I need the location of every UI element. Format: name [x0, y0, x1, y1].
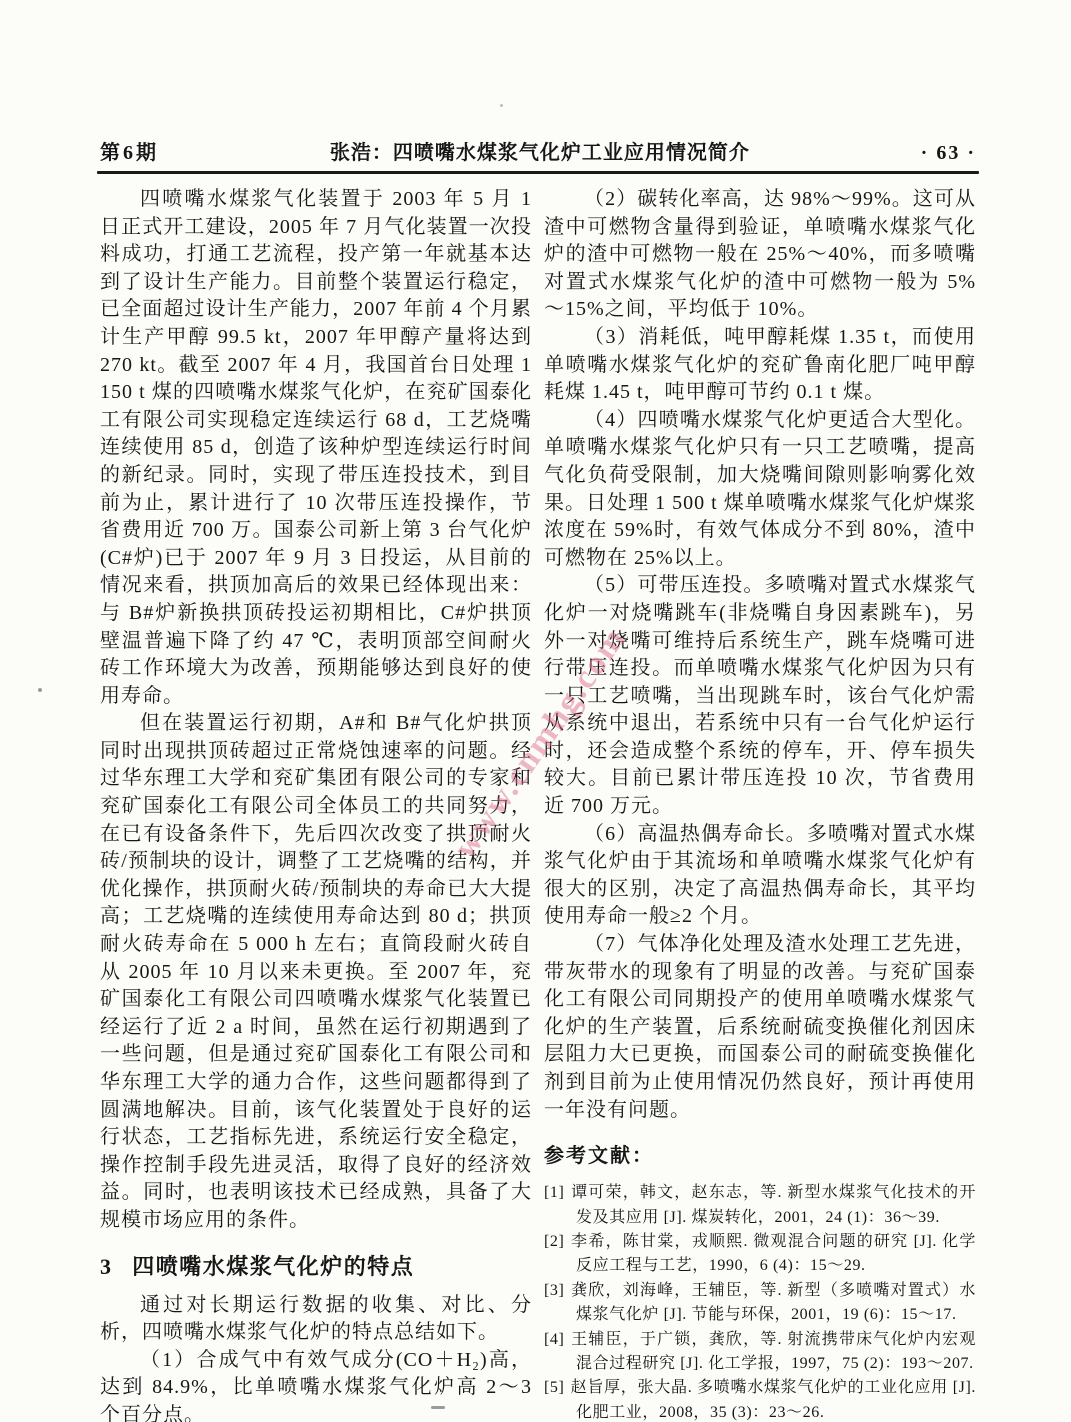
reference-text: 谭可荣，韩文，赵东志，等. 新型水煤浆气化技术的开发及其应用 [J]. 煤炭转化… [570, 1184, 976, 1225]
running-title: 张浩：四喷嘴水煤浆气化炉工业应用情况简介 [330, 136, 750, 165]
reference-text: 赵旨厚，张大晶. 多喷嘴水煤浆气化炉的工业化应用 [J]. 化肥工业，2008，… [570, 1379, 976, 1420]
left-column: 四喷嘴水煤浆气化装置于 2003 年 5 月 1 日正式开工建设，2005 年 … [100, 186, 532, 1422]
scan-artifact [500, 104, 503, 107]
reference-text: 王辅臣，于广锁，龚欣，等. 射流携带床气化炉内宏观混合过程研究 [J]. 化工学… [570, 1331, 976, 1372]
paragraph: 四喷嘴水煤浆气化装置于 2003 年 5 月 1 日正式开工建设，2005 年 … [100, 186, 532, 710]
reference-text: 李希，陈甘棠，戎顺熙. 微观混合问题的研究 [J]. 化学反应工程与工艺，199… [570, 1233, 976, 1274]
paragraph: 但在装置运行初期，A#和 B#气化炉拱顶同时出现拱顶砖超过正常烧蚀速率的问题。经… [100, 710, 532, 1234]
journal-page: 第6期 张浩：四喷嘴水煤浆气化炉工业应用情况简介 · 63 · 四喷嘴水煤浆气化… [0, 0, 1071, 1422]
paragraph: （5）可带压连投。多喷嘴对置式水煤浆气化炉一对烧嘴跳车(非烧嘴自身因素跳车)，另… [544, 572, 976, 820]
scan-artifact [431, 1406, 445, 1409]
right-paragraphs: （2）碳转化率高，达 98%～99%。这可从渣中可燃物含量得到验证，单喷嘴水煤浆… [544, 186, 976, 1124]
reference-label: [5] [544, 1379, 570, 1396]
page-number: · 63 · [921, 142, 976, 165]
paragraph: （4）四喷嘴水煤浆气化炉更适合大型化。单喷嘴水煤浆气化炉只有一只工艺喷嘴，提高气… [544, 407, 976, 573]
issue-label: 第6期 [100, 136, 159, 165]
right-column: （2）碳转化率高，达 98%～99%。这可从渣中可燃物含量得到验证，单喷嘴水煤浆… [544, 186, 976, 1422]
section-paragraphs: 通过对长期运行数据的收集、对比、分析，四喷嘴水煤浆气化炉的特点总结如下。 （1）… [100, 1292, 532, 1422]
reference-item: [1]谭可荣，韩文，赵东志，等. 新型水煤浆气化技术的开发及其应用 [J]. 煤… [544, 1181, 976, 1230]
paragraph: （3）消耗低，吨甲醇耗煤 1.35 t，而使用单喷嘴水煤浆气化炉的兖矿鲁南化肥厂… [544, 324, 976, 407]
reference-text: 龚欣，刘海峰，王辅臣，等. 新型（多喷嘴对置式）水煤浆气化炉 [J]. 节能与环… [570, 1282, 976, 1323]
paragraph: （6）高温热偶寿命长。多喷嘴对置式水煤浆气化炉由于其流场和单喷嘴水煤浆气化炉有很… [544, 821, 976, 931]
paragraph: （7）气体净化处理及渣水处理工艺先进，带灰带水的现象有了明显的改善。与兖矿国泰化… [544, 931, 976, 1124]
reference-label: [4] [544, 1331, 570, 1348]
reference-label: [2] [544, 1233, 570, 1250]
reference-item: [2]李希，陈甘棠，戎顺熙. 微观混合问题的研究 [J]. 化学反应工程与工艺，… [544, 1230, 976, 1279]
reference-label: [3] [544, 1282, 570, 1299]
header-rule [97, 171, 979, 174]
references-list: [1]谭可荣，韩文，赵东志，等. 新型水煤浆气化技术的开发及其应用 [J]. 煤… [544, 1181, 976, 1422]
reference-label: [1] [544, 1184, 570, 1201]
reference-item: [4]王辅臣，于广锁，龚欣，等. 射流携带床气化炉内宏观混合过程研究 [J]. … [544, 1328, 976, 1377]
section-title: 四喷嘴水煤浆气化炉的特点 [132, 1250, 414, 1281]
paragraph: 通过对长期运行数据的收集、对比、分析，四喷嘴水煤浆气化炉的特点总结如下。 [100, 1292, 532, 1347]
paragraph: （1）合成气中有效气成分(CO＋H₂)高，达到 84.9%，比单喷嘴水煤浆气化炉… [100, 1347, 532, 1422]
references-heading: 参考文献： [544, 1139, 976, 1168]
reference-item: [5]赵旨厚，张大晶. 多喷嘴水煤浆气化炉的工业化应用 [J]. 化肥工业，20… [544, 1376, 976, 1422]
section-number: 3 [100, 1254, 113, 1280]
reference-item: [3]龚欣，刘海峰，王辅臣，等. 新型（多喷嘴对置式）水煤浆气化炉 [J]. 节… [544, 1279, 976, 1328]
page-header: 第6期 张浩：四喷嘴水煤浆气化炉工业应用情况简介 · 63 · [100, 136, 976, 165]
scan-artifact [38, 688, 42, 692]
section-heading: 3 四喷嘴水煤浆气化炉的特点 [100, 1250, 532, 1281]
left-paragraphs: 四喷嘴水煤浆气化装置于 2003 年 5 月 1 日正式开工建设，2005 年 … [100, 186, 532, 1235]
paragraph: （2）碳转化率高，达 98%～99%。这可从渣中可燃物含量得到验证，单喷嘴水煤浆… [544, 186, 976, 324]
